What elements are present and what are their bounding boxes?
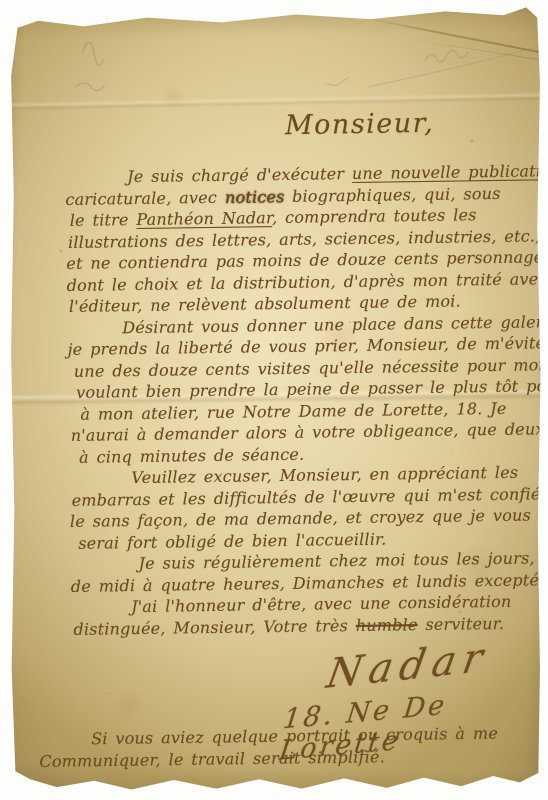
postscript: Si vous aviez quelque portrait ou croqui… [39, 722, 530, 773]
line-segment: Communiquer, le travail serait simplifié… [39, 747, 385, 771]
fold-crease-top [9, 92, 541, 111]
line-segment: J'ai l'honneur d'être, avec une considér… [131, 592, 512, 616]
letter-body: Je suis chargé d'exécuter une nouvelle p… [65, 160, 548, 640]
line-segment: Panthéon Nadar [136, 208, 272, 229]
line-segment: Je suis chargé d'exécuter [127, 164, 352, 186]
line-segment: caricaturale, avec [65, 187, 225, 208]
letter-paper: Monsieur, Je suis chargé d'exécuter une … [9, 5, 541, 795]
line-segment: distinguée, Monsieur, Votre très [73, 615, 356, 638]
line-segment: serviteur. [417, 613, 504, 633]
line-segment: notices [225, 186, 285, 206]
line-segment: Si vous aviez quelque portrait ou croqui… [91, 724, 498, 749]
line-segment: le titre [70, 210, 137, 230]
pencil-marks [27, 25, 547, 95]
line-segment: serai fort obligé de bien l'accueillir. [78, 529, 386, 552]
document-scan: { "document": { "kind": "handwritten-let… [0, 0, 548, 800]
line-segment: à cinq minutes de séance. [79, 444, 305, 466]
line-segment: humble [356, 615, 418, 635]
line-segment: Veuillez excuser, Monsieur, en apprécian… [131, 463, 518, 487]
corner-crease [366, 17, 548, 54]
line-segment: biographiques, qui, sous [284, 183, 501, 205]
salutation: Monsieur, [285, 108, 435, 142]
line-segment: une nouvelle publication [352, 161, 548, 183]
line-segment: , comprendra toutes les [272, 205, 477, 227]
corner-crease-2 [406, 38, 544, 61]
